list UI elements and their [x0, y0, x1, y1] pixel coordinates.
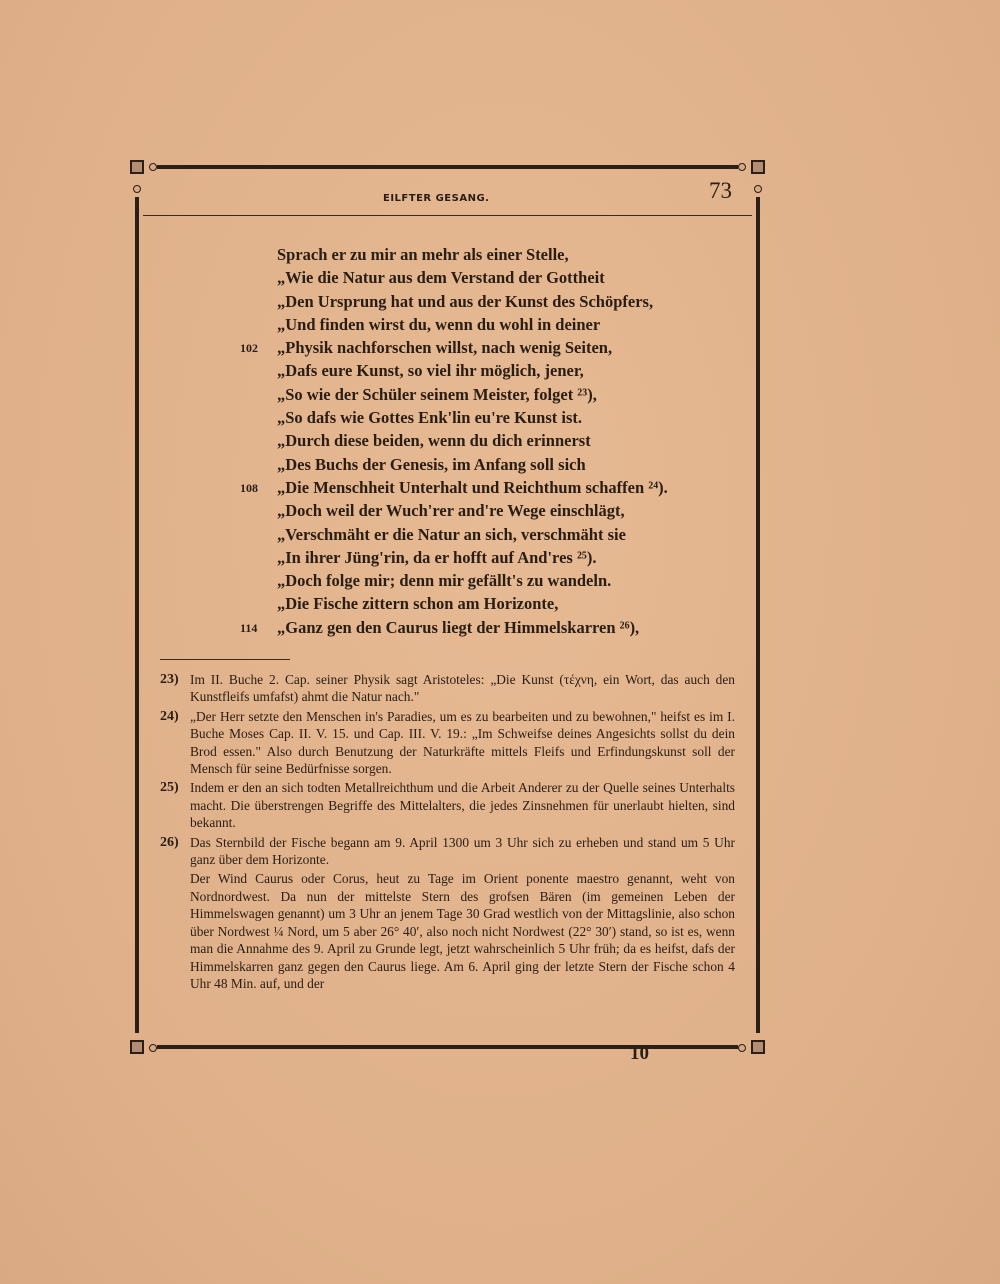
verse-line: „Doch folge mir; denn mir gefällt's zu w…: [185, 569, 745, 592]
line-number: 102: [240, 337, 258, 360]
ornament-knob-icon: [149, 163, 157, 171]
verse-text: „In ihrer Jüng'rin, da er hofft auf And'…: [277, 548, 596, 567]
footnote: 26)Das Sternbild der Fische begann am 9.…: [160, 834, 735, 869]
footnote-number: 23): [160, 671, 179, 688]
verse-line: „Wie die Natur aus dem Verstand der Gott…: [185, 266, 745, 289]
footnote-separator: [160, 659, 290, 660]
verse-text: „Die Menschheit Unterhalt und Reichthum …: [277, 478, 668, 497]
ornament-knob-icon: [149, 1044, 157, 1052]
line-number: 114: [240, 617, 257, 640]
footnote-text: Im II. Buche 2. Cap. seiner Physik sagt …: [190, 672, 735, 704]
frame-left-rule: [135, 197, 139, 1033]
frame-bottom-rule: [157, 1045, 738, 1049]
verse-text: „Durch diese beiden, wenn du dich erinne…: [277, 431, 591, 450]
verse-text: „Die Fische zittern schon am Horizonte,: [277, 594, 558, 613]
verse-text: „Dafs eure Kunst, so viel ihr möglich, j…: [277, 361, 584, 380]
verse-line: „So wie der Schüler seinem Meister, folg…: [185, 383, 745, 406]
page-number: 73: [709, 178, 732, 204]
verse-line: „Verschmäht er die Natur an sich, versch…: [185, 523, 745, 546]
ornament-corner-icon: [130, 1040, 144, 1054]
verse-text: „Ganz gen den Caurus liegt der Himmelska…: [277, 618, 639, 637]
running-title: EILFTER GESANG.: [383, 193, 489, 204]
footnote-number: 26): [160, 834, 179, 851]
verse-text: „Doch weil der Wuch'rer and're Wege eins…: [277, 501, 625, 520]
ornament-knob-icon: [738, 1044, 746, 1052]
page-frame: EILFTER GESANG. 73 Sprach er zu mir an m…: [135, 163, 760, 1043]
verse-line: „Dafs eure Kunst, so viel ihr möglich, j…: [185, 359, 745, 382]
verse-text: „So wie der Schüler seinem Meister, folg…: [277, 385, 597, 404]
verse-text: „Physik nachforschen willst, nach wenig …: [277, 338, 612, 357]
footnote-number: 25): [160, 779, 179, 796]
verse-line: 102„Physik nachforschen willst, nach wen…: [185, 336, 745, 359]
footnote-number: 24): [160, 708, 179, 725]
ornament-corner-icon: [751, 1040, 765, 1054]
footnote: 23)Im II. Buche 2. Cap. seiner Physik sa…: [160, 671, 735, 706]
verse-line: „So dafs wie Gottes Enk'lin eu're Kunst …: [185, 406, 745, 429]
footnote: 24)„Der Herr setzte den Menschen in's Pa…: [160, 708, 735, 778]
verse-line: Sprach er zu mir an mehr als einer Stell…: [185, 243, 745, 266]
verse-text: „Den Ursprung hat und aus der Kunst des …: [277, 292, 653, 311]
frame-top-rule: [157, 165, 738, 169]
footnote-text: „Der Herr setzte den Menschen in's Parad…: [190, 709, 735, 776]
verse-block: Sprach er zu mir an mehr als einer Stell…: [185, 243, 745, 639]
ornament-corner-icon: [751, 160, 765, 174]
frame-right-rule: [756, 197, 760, 1033]
verse-text: Sprach er zu mir an mehr als einer Stell…: [277, 245, 569, 264]
verse-text: „So dafs wie Gottes Enk'lin eu're Kunst …: [277, 408, 582, 427]
ornament-corner-icon: [130, 160, 144, 174]
page-header: EILFTER GESANG. 73: [143, 173, 752, 216]
verse-text: „Des Buchs der Genesis, im Anfang soll s…: [277, 455, 586, 474]
verse-line: „Durch diese beiden, wenn du dich erinne…: [185, 429, 745, 452]
verse-text: „Wie die Natur aus dem Verstand der Gott…: [277, 268, 605, 287]
verse-line: „Die Fische zittern schon am Horizonte,: [185, 592, 745, 615]
verse-line: 108„Die Menschheit Unterhalt und Reichth…: [185, 476, 745, 499]
footnote-continuation: Der Wind Caurus oder Corus, heut zu Tage…: [160, 870, 735, 992]
verse-line: „Und finden wirst du, wenn du wohl in de…: [185, 313, 745, 336]
verse-line: 114„Ganz gen den Caurus liegt der Himmel…: [185, 616, 745, 639]
footnote-text: Das Sternbild der Fische begann am 9. Ap…: [190, 835, 735, 867]
line-number: 108: [240, 477, 258, 500]
signature-mark: 10: [630, 1043, 649, 1065]
verse-line: „Doch weil der Wuch'rer and're Wege eins…: [185, 499, 745, 522]
verse-text: „Und finden wirst du, wenn du wohl in de…: [277, 315, 600, 334]
ornament-knob-icon: [738, 163, 746, 171]
footnote: 25)Indem er den an sich todten Metallrei…: [160, 779, 735, 831]
verse-text: „Doch folge mir; denn mir gefällt's zu w…: [277, 571, 611, 590]
footnotes-block: 23)Im II. Buche 2. Cap. seiner Physik sa…: [160, 671, 735, 992]
footnote-text: Indem er den an sich todten Metallreicht…: [190, 780, 735, 830]
verse-line: „Des Buchs der Genesis, im Anfang soll s…: [185, 453, 745, 476]
verse-line: „Den Ursprung hat und aus der Kunst des …: [185, 290, 745, 313]
verse-text: „Verschmäht er die Natur an sich, versch…: [277, 525, 626, 544]
ornament-knob-icon: [754, 185, 762, 193]
verse-line: „In ihrer Jüng'rin, da er hofft auf And'…: [185, 546, 745, 569]
ornament-knob-icon: [133, 185, 141, 193]
